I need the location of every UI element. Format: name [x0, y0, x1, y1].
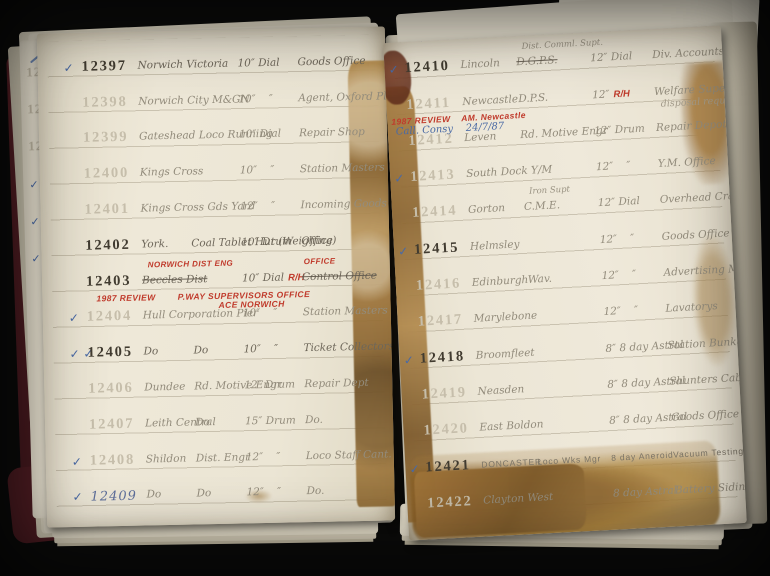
handwritten-text: Do: [196, 488, 211, 500]
entry-dial-cell: 12″ ″: [246, 480, 302, 503]
handwritten-text: Lavatorys: [665, 300, 718, 315]
entry-location-cell: Battery Sidings: [670, 474, 746, 500]
entry-name-cell: Norwich Victoria: [137, 51, 237, 75]
handwritten-text: Goods Office: [661, 227, 730, 243]
entry-location-cell: Do.: [302, 478, 390, 502]
entry-dial-cell: 12″ Drum: [593, 116, 652, 141]
entry-dial-cell: 12″ ″: [240, 193, 296, 216]
entry-name-cell: Gateshead Loco Running: [139, 123, 239, 147]
handwritten-text: 10″ ″: [240, 164, 275, 177]
entry-dial-cell: 8 day Astral: [612, 479, 671, 504]
handwritten-text: 12″ ″: [603, 305, 638, 319]
entry-dial-cell: 12″ ″: [595, 152, 654, 177]
handwritten-text: Incoming Goods Office: [300, 197, 395, 212]
entry-dial-cell: 12″ ″: [601, 261, 660, 286]
handwritten-text: 10″ Drum: [241, 235, 292, 248]
handwritten-text: Wav.: [527, 273, 552, 286]
handwritten-text: 10″ Dial: [242, 271, 284, 284]
handwritten-text: 15″ Drum: [245, 414, 296, 427]
entry-dial-cell: 10″ ″: [240, 157, 296, 180]
entry-number: 12399: [83, 129, 139, 148]
check-mark: ✓: [72, 490, 90, 506]
entry-dial-cell: 8″ 8 day Astral: [609, 406, 668, 431]
handwritten-text: C.M.E.: [524, 200, 561, 214]
entry-dept: Loco Wks Mgr: [537, 446, 602, 468]
handwritten-text: Kings Cross: [140, 165, 204, 178]
handwritten-text: Lincoln: [460, 57, 500, 71]
entry-location-cell: Repair Shop: [295, 120, 383, 144]
handwritten-text: Norwich City M&GN: [138, 93, 250, 107]
check-mark: ✓: [63, 61, 81, 77]
handwritten-text: 10″ Dial: [239, 128, 281, 141]
handwritten-text: Repair Shop: [299, 126, 365, 139]
handwritten-text: Hull Corporation Pier: [143, 308, 259, 322]
handwritten-text: Station Masters Office: [303, 304, 395, 319]
check-mark: ✓: [409, 461, 426, 478]
entry-location-cell: OFFICEControl Office: [298, 263, 386, 287]
handwritten-text: Clayton West: [483, 491, 554, 507]
entry-dial-cell: 10″ ″: [243, 336, 299, 359]
handwritten-text: Do: [193, 344, 208, 356]
entry-name-cell: ShildonDist. Engr: [146, 445, 246, 469]
handwritten-text: 12″ ″: [601, 268, 636, 282]
handwritten-text: Do.: [306, 485, 324, 497]
check-mark: ✓: [72, 454, 90, 470]
red-annotation: NORWICH DIST ENG: [148, 258, 234, 269]
right-page-entries: ✓12410LincolnDist. Comml. Supt.D.G.P.S.1…: [383, 25, 747, 540]
handwritten-text: 12″ ″: [246, 450, 281, 463]
entry-dial-cell: 10″ Dial: [237, 50, 293, 73]
entry-name-cell: Norwich City M&GN: [138, 87, 238, 111]
handwritten-text: York.: [141, 238, 168, 251]
entry-location-cell: Incoming Goods Office: [296, 191, 395, 216]
handwritten-text: 12″ ″: [599, 232, 634, 246]
entry-number: 12406: [88, 379, 144, 398]
ledger-entry-12409: ✓12409DoDo12″ ″Do.: [72, 464, 391, 506]
handwritten-text: Norwich Victoria: [137, 57, 228, 71]
handwritten-text: Helmsley: [470, 238, 520, 253]
handwritten-text: Newcastle: [462, 93, 518, 108]
handwritten-text: Shunters Cabin: [669, 371, 747, 387]
handwritten-text: Dist. Engr: [196, 451, 250, 464]
handwritten-text: Station Masters Office: [300, 161, 395, 176]
check-mark: ✓: [403, 352, 420, 369]
handwritten-text: 12″: [592, 88, 610, 101]
entry-name-cell: NORWICH DIST ENGBeccles Dist: [142, 266, 242, 290]
entry-dial-cell: 12″ Drum: [244, 372, 300, 395]
handwritten-text: 10″ Dial: [237, 56, 279, 69]
handwritten-text: Neasden: [477, 383, 524, 397]
entry-dial-cell: 8″ 8 day Astral: [607, 370, 666, 395]
entry-location-cell: Do.: [301, 406, 389, 430]
entry-dial-cell: 12″ ″: [599, 225, 658, 250]
check-mark: ✓: [398, 244, 415, 261]
red-annotation: R/H: [613, 88, 630, 103]
handwritten-text: Office: [301, 234, 333, 247]
entry-location-cell: Goods Office: [293, 48, 381, 72]
handwritten-text: 12″ Drum: [594, 123, 645, 138]
handwritten-text: Edinburgh: [472, 274, 529, 289]
entry-name-cell: Clayton West: [483, 482, 614, 511]
entry-name-cell: York.Coal Tablet Hut (Weighing): [141, 230, 241, 254]
entry-number: 12408: [90, 451, 146, 470]
entry-location-cell: Station Masters Office: [299, 298, 396, 323]
entry-dept: Do: [195, 410, 210, 429]
handwritten-text: Y.M. Office: [658, 155, 716, 170]
handwritten-text: Repair Depot: [656, 118, 727, 134]
entry-location-cell: Office: [297, 227, 385, 251]
red-annotation: OFFICE: [304, 256, 336, 266]
check-mark: ✓: [394, 171, 411, 188]
entry-location-cell: Station Masters Office: [296, 155, 396, 180]
handwritten-text: Kings Cross Gds Yard: [140, 200, 255, 214]
entry-dial-cell: 10″ DialR/H: [242, 265, 298, 288]
entry-dial-cell: 15″ Drum: [245, 408, 301, 431]
handwritten-text: 12″ ″: [596, 160, 631, 174]
right-page: ✓12410LincolnDist. Comml. Supt.D.G.P.S.1…: [383, 25, 747, 540]
entry-dial-cell: 8 day Aneroid: [611, 442, 670, 467]
entry-dept: Dist. Comml. Supt.D.G.P.S.: [516, 48, 558, 69]
handwritten-text: Do: [146, 489, 161, 501]
check-mark: ✓ ✓: [69, 347, 87, 363]
handwritten-text: Ticket Collectors Office: [303, 340, 395, 355]
entry-name-cell: Kings Cross: [140, 159, 240, 183]
check-mark: ✓: [388, 62, 405, 79]
handwritten-text: 12″ Dial: [590, 50, 633, 64]
entry-name-cell: Leith CentralDo: [145, 409, 245, 433]
handwritten-text: Shildon: [146, 452, 187, 465]
entry-name-cell: DundeeRd. Motive Engr: [144, 373, 244, 397]
entry-number: 12409: [90, 489, 146, 506]
entry-location-cell: Ticket Collectors Office: [299, 334, 395, 359]
entry-dept: Do: [193, 338, 208, 357]
handwritten-text: Do: [143, 345, 158, 357]
pencil-annotation: Iron Supt: [529, 185, 570, 197]
entry-dial-cell: 10″ ″: [238, 86, 294, 109]
entry-number: 12407: [89, 415, 145, 434]
handwritten-text: Loco Staff Cant.: [306, 448, 392, 462]
photograph-of-open-ledger: ✓ 121212✓12✓4✓ ✓12397Norwich Victoria10″…: [0, 0, 770, 576]
entry-dial-cell: 12″ Dial: [590, 44, 649, 69]
handwritten-text: Marylebone: [473, 310, 537, 325]
handwritten-text: Loco Wks Mgr: [537, 453, 601, 466]
entry-number: 12404: [87, 308, 143, 327]
handwritten-text: 8 day Astral: [613, 484, 678, 499]
handwritten-text: East Boldon: [479, 419, 544, 434]
handwritten-text: Gorton: [468, 203, 506, 217]
entry-location-cell: Station Bunker: [663, 329, 747, 355]
handwritten-text: 8 day Aneroid: [611, 449, 674, 462]
handwritten-text: 12″ Dial: [598, 195, 641, 209]
handwritten-text: 12″ ″: [240, 200, 275, 213]
handwritten-text: Do.: [305, 414, 323, 426]
handwritten-text: 10″ ″: [243, 343, 278, 356]
entry-dept: D.P.S.: [518, 85, 549, 106]
handwritten-text: Dundee: [144, 381, 185, 394]
edge-partial-number: ✓: [31, 250, 42, 266]
check-mark: ✓: [69, 311, 87, 327]
handwritten-text: Beccles Dist: [142, 273, 208, 286]
handwritten-text: South Dock Y/M: [466, 164, 553, 180]
entry-dial-cell: 12″ ″: [603, 297, 662, 322]
handwritten-text: Vacuum Testing House: [673, 444, 747, 459]
red-review-note: ACE NORWICH: [218, 298, 284, 309]
entry-dept: Wav.: [527, 267, 552, 287]
handwritten-text: DONCASTER: [481, 456, 542, 469]
handwritten-text: Do: [195, 416, 210, 428]
entry-dept: Dist. Engr: [196, 445, 251, 465]
entry-dial-cell: 10″ Drum: [241, 229, 297, 252]
handwritten-text: 10″ ″: [243, 307, 278, 320]
entry-number: 12398: [82, 93, 138, 112]
handwritten-text: Goods Office: [297, 55, 365, 68]
handwritten-text: 12″ ″: [246, 486, 281, 499]
handwritten-text: D.G.P.S.: [516, 54, 558, 68]
entry-dial-cell: 8″ 8 day Astral: [605, 334, 664, 359]
check-mark: [412, 511, 428, 514]
entry-dial-cell: 10″ Dial: [239, 122, 295, 145]
entry-location-cell: Loco Staff Cant.: [302, 442, 392, 466]
entry-location-cell: Agent, Oxford Place: [294, 84, 395, 108]
entry-number: 12405: [87, 344, 143, 363]
left-page-entries: ✓12397Norwich Victoria10″ DialGoods Offi…: [37, 26, 395, 527]
entry-dept: Iron SuptC.M.E.: [523, 194, 560, 215]
handwritten-text: Goods Office: [671, 408, 740, 424]
entry-location-cell: Repair Dept: [300, 370, 388, 394]
handwritten-text: Control Office: [302, 269, 377, 283]
handwritten-text: D.P.S.: [518, 91, 548, 105]
handwritten-text: Battery Sidings: [675, 480, 747, 496]
entry-name-cell: DoDo: [143, 338, 243, 362]
handwritten-text: Station Bunker: [667, 335, 747, 351]
handwritten-text: Broomfleet: [475, 346, 535, 361]
left-page: ✓12397Norwich Victoria10″ DialGoods Offi…: [37, 26, 395, 527]
entry-dial-cell: 12″ Dial: [597, 189, 656, 214]
entry-dial-cell: 12″ ″: [246, 444, 302, 467]
entry-number: 12397: [81, 57, 137, 76]
handwritten-text: Agent, Oxford Place: [298, 90, 395, 104]
entry-name-cell: Kings Cross Gds Yard: [140, 194, 240, 218]
entry-number: 12422: [427, 492, 484, 513]
entry-number: 12400: [84, 165, 140, 184]
entry-dept: Do: [196, 482, 211, 501]
entry-dial-cell: 12″R/H: [592, 80, 651, 105]
entry-number: 12402: [85, 236, 141, 255]
handwritten-text: 12″ Drum: [244, 378, 295, 391]
entry-number: 12401: [84, 201, 140, 220]
handwritten-text: Repair Dept: [304, 377, 369, 390]
handwritten-text: 10″ ″: [238, 92, 273, 105]
entry-name-cell: DoDo: [146, 481, 246, 505]
entry-number: 12403: [86, 272, 142, 291]
